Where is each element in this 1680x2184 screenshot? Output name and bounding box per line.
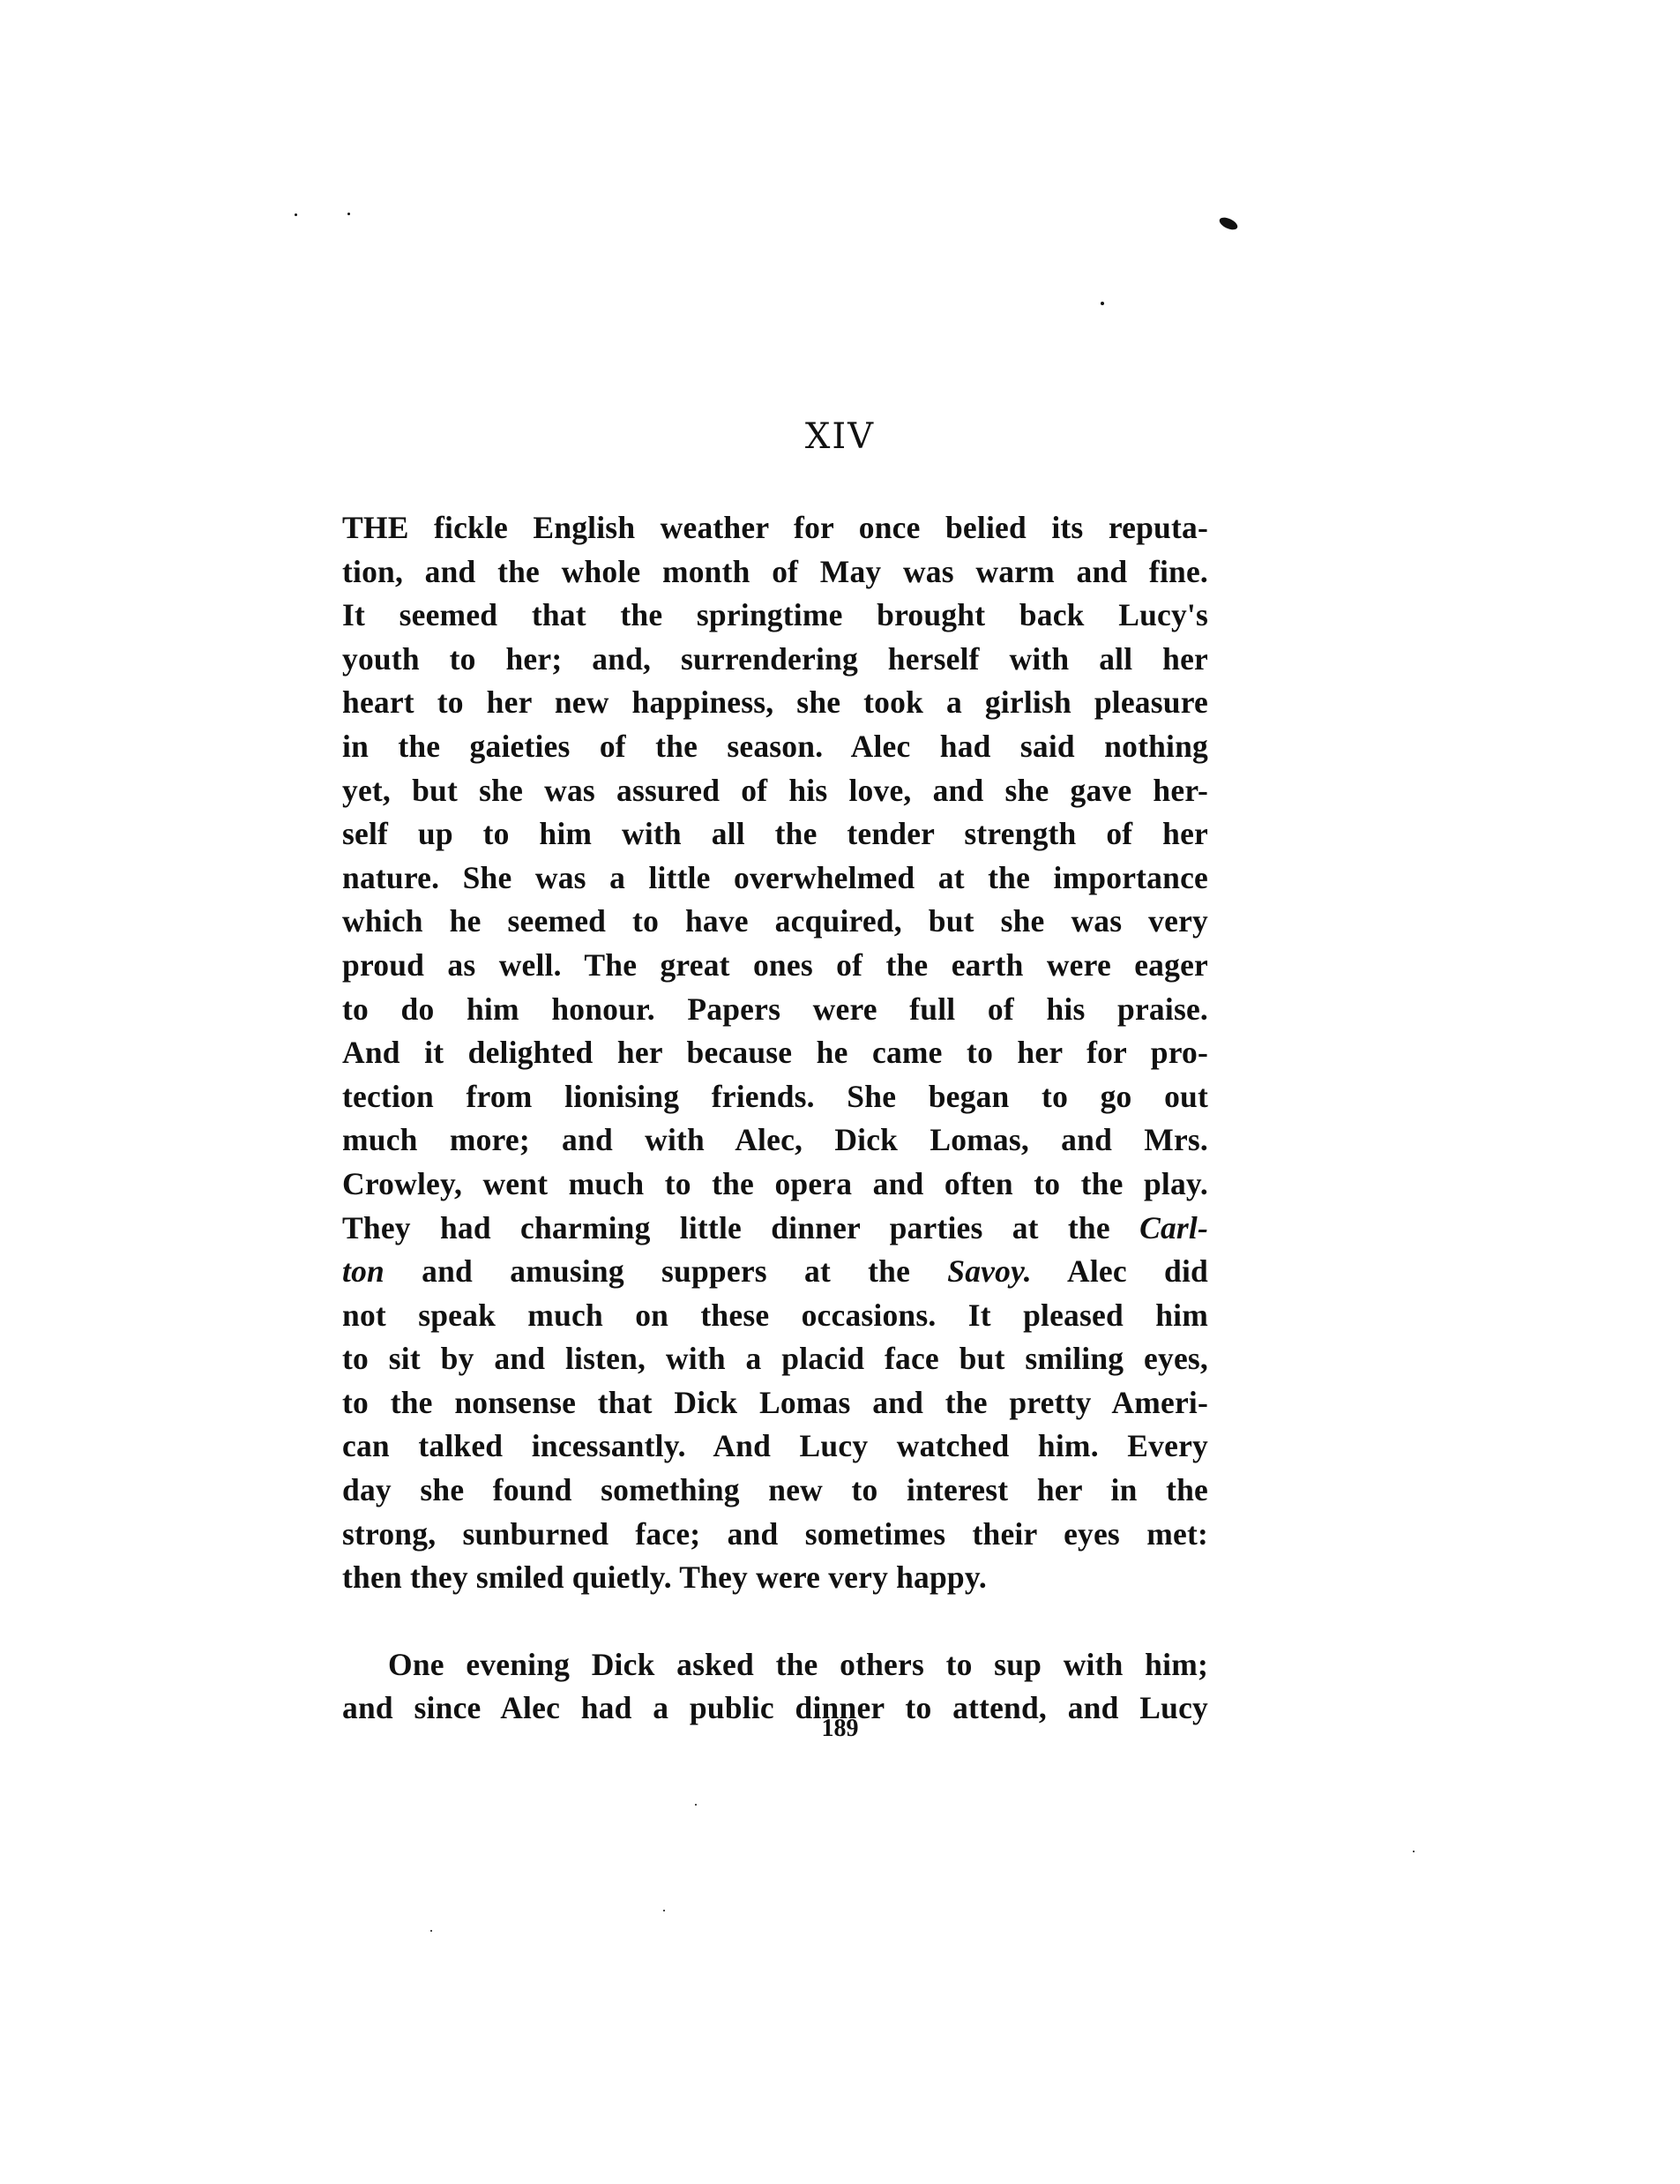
text-line: And it delighted her because he came to … — [342, 1031, 1208, 1075]
scan-speck — [347, 213, 350, 215]
text-line: youth to her; and, surrendering herself … — [342, 638, 1208, 682]
text-line: in the gaieties of the season. Alec had … — [342, 725, 1208, 769]
page-number: 189 — [0, 1715, 1680, 1743]
scan-speck — [663, 1910, 665, 1911]
text-line: tection from lionising friends. She bega… — [342, 1075, 1208, 1119]
scan-speck — [695, 1804, 697, 1806]
text-line: THE fickle English weather for once beli… — [342, 506, 1208, 550]
scan-speck — [430, 1930, 432, 1932]
text-line: day she found something new to interest … — [342, 1469, 1208, 1513]
text-line: much more; and with Alec, Dick Lomas, an… — [342, 1118, 1208, 1163]
text-line: nature. She was a little overwhelmed at … — [342, 856, 1208, 901]
paragraph-gap — [342, 1600, 1208, 1643]
italic-name: ton — [342, 1253, 385, 1289]
text-line: self up to him with all the tender stren… — [342, 812, 1208, 856]
scan-speck — [295, 213, 297, 216]
text-line: tion, and the whole month of May was war… — [342, 550, 1208, 595]
text-line: They had charming little dinner parties … — [342, 1207, 1208, 1251]
italic-name: Savoy. — [947, 1253, 1032, 1289]
text-line: It seemed that the springtime brought ba… — [342, 594, 1208, 638]
chapter-heading: XIV — [0, 416, 1680, 457]
text-line: heart to her new happiness, she took a g… — [342, 681, 1208, 725]
text-line: not speak much on these occasions. It pl… — [342, 1294, 1208, 1338]
scan-speck — [1101, 302, 1104, 305]
text-line: proud as well. The great ones of the ear… — [342, 944, 1208, 988]
italic-name: Carl- — [1139, 1210, 1208, 1245]
text-line: to sit by and listen, with a placid face… — [342, 1337, 1208, 1381]
text-line: yet, but she was assured of his love, an… — [342, 769, 1208, 813]
text-line: to do him honour. Papers were full of hi… — [342, 988, 1208, 1032]
text-line: ton and amusing suppers at the Savoy. Al… — [342, 1250, 1208, 1294]
text-line: strong, sunburned face; and sometimes th… — [342, 1513, 1208, 1557]
scan-speck — [1413, 1851, 1415, 1852]
text-line: Crowley, went much to the opera and ofte… — [342, 1163, 1208, 1207]
text-line: can talked incessantly. And Lucy watched… — [342, 1425, 1208, 1469]
text-line-paragraph-end: then they smiled quietly. They were very… — [342, 1556, 1208, 1600]
scan-blob — [1218, 215, 1240, 232]
page-body: THE fickle English weather for once beli… — [342, 506, 1208, 1731]
text-line-indented: One evening Dick asked the others to sup… — [342, 1643, 1208, 1687]
text-line: to the nonsense that Dick Lomas and the … — [342, 1381, 1208, 1425]
text-line: which he seemed to have acquired, but sh… — [342, 900, 1208, 944]
